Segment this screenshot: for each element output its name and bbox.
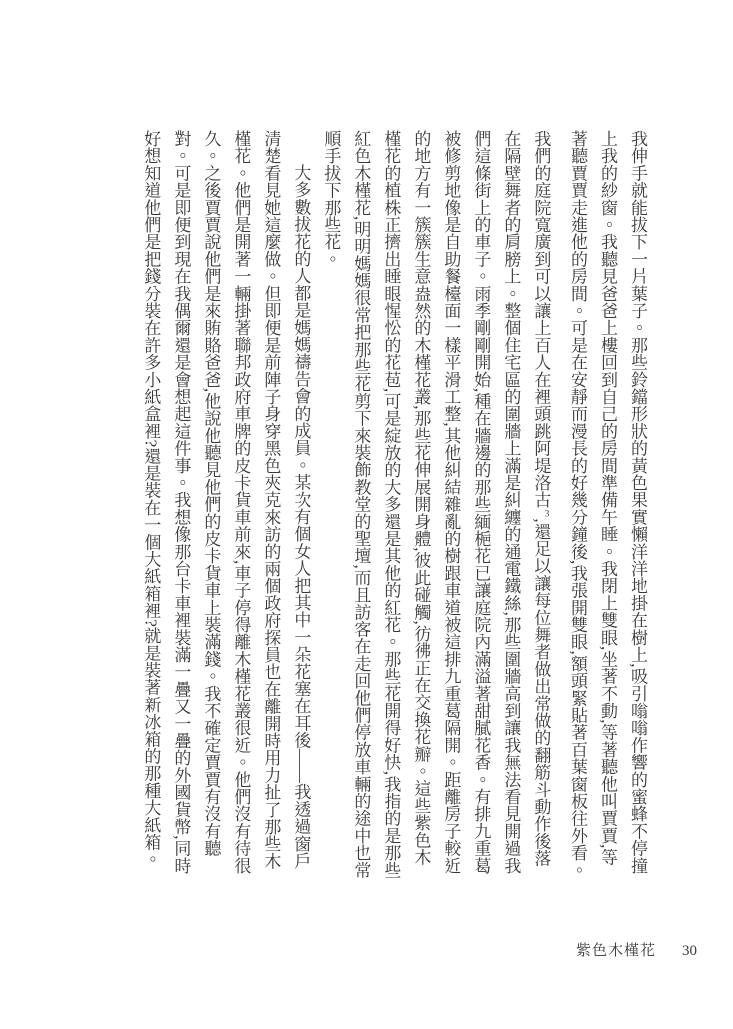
page-number: 30 <box>682 943 697 959</box>
paragraph-1-text-b: ,還足以讓每位舞者做出常做的翻筋斗動作後落在隔壁舞者的肩膀上。整個住宅區的圍牆上… <box>321 130 550 879</box>
body-text: 我伸手就能拔下一片葉子。那些鈴鐺形狀的黃色果實懶洋洋地掛在樹上,吸引嗡嗡作響的蜜… <box>135 130 652 880</box>
footnote-ref-3: 3 <box>542 508 552 518</box>
book-page: 我伸手就能拔下一片葉子。那些鈴鐺形狀的黃色果實懶洋洋地掛在樹上,吸引嗡嗡作響的蜜… <box>0 0 733 1029</box>
paragraph-2: 大多數拔花的人都是媽媽禱告會的成員。某次有個女人把其中一朵花塞在耳後——我透過窗… <box>135 130 315 880</box>
paragraph-1: 我伸手就能拔下一片葉子。那些鈴鐺形狀的黃色果實懶洋洋地掛在樹上,吸引嗡嗡作響的蜜… <box>315 130 652 880</box>
page-footer: 紫色木槿花30 <box>576 939 697 960</box>
running-title: 紫色木槿花 <box>576 943 656 959</box>
